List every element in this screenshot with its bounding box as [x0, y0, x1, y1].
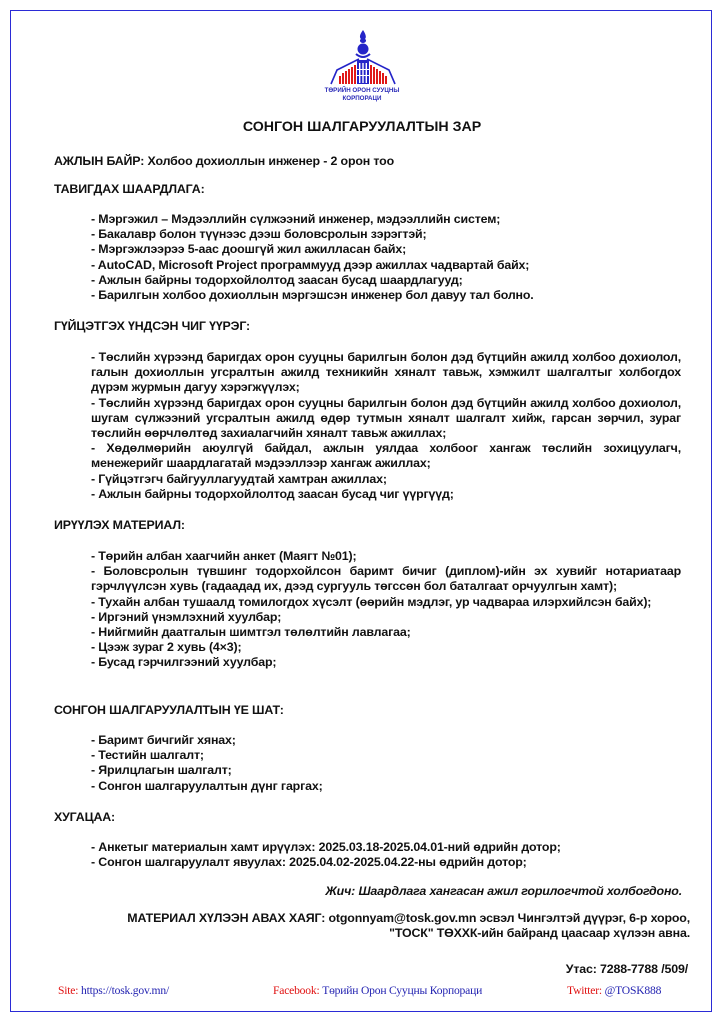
twitter-link[interactable]: @TOSK888: [605, 984, 662, 997]
logo-caption-line1: ТӨРИЙН ОРОН СУУЦНЫ: [300, 87, 424, 95]
list-item: - AutoCAD, Microsoft Project программууд…: [91, 258, 681, 273]
requirements-list: - Мэргэжил – Мэдээллийн сүлжээний инжене…: [91, 212, 681, 303]
list-item: - Цээж зураг 2 хувь (4×3);: [91, 640, 681, 655]
site-label: Site:: [58, 984, 78, 997]
list-item: - Боловсролын түвшинг тодорхойлсон барим…: [91, 564, 681, 594]
requirements-heading: ТАВИГДАХ ШААРДЛАГА:: [54, 182, 205, 197]
list-item: - Сонгон шалгаруулалтын дүнг гаргах;: [91, 779, 681, 794]
logo-caption-line2: КОРПОРАЦИ: [300, 95, 424, 103]
duties-list: - Төслийн хүрээнд баригдах орон сууцны б…: [91, 350, 681, 502]
list-item: - Баримт бичгийг хянах;: [91, 733, 681, 748]
footer-site: Site: https://tosk.gov.mn/: [58, 983, 169, 998]
list-item: - Иргэний үнэмлэхний хуулбар;: [91, 610, 681, 625]
list-item: - Анкетыг материалын хамт ирүүлэх: 2025.…: [91, 840, 681, 855]
list-item: - Ярилцлагын шалгалт;: [91, 763, 681, 778]
facebook-link[interactable]: Төрийн Орон Сууцны Корпораци: [322, 984, 482, 997]
list-item: - Бусад гэрчилгээний хуулбар;: [91, 655, 681, 670]
facebook-label: Facebook:: [273, 984, 320, 997]
job-announcement-document: ТӨРИЙН ОРОН СУУЦНЫ КОРПОРАЦИ СОНГОН ШАЛГ…: [0, 0, 724, 1024]
stages-heading: СОНГОН ШАЛГАРУУЛАЛТЫН ҮЕ ШАТ:: [54, 703, 284, 718]
position-line: АЖЛЫН БАЙР: Холбоо дохиоллын инженер - 2…: [54, 154, 394, 169]
list-item: - Тестийн шалгалт;: [91, 748, 681, 763]
tosk-logo-icon: [325, 28, 401, 88]
list-item: - Төслийн хүрээнд баригдах орон сууцны б…: [91, 350, 681, 396]
list-item: - Төрийн албан хаагчийн анкет (Маягт №01…: [91, 549, 681, 564]
duties-heading: ГҮЙЦЭТГЭХ ҮНДСЭН ЧИГ ҮҮРЭГ:: [54, 319, 250, 334]
site-link[interactable]: https://tosk.gov.mn/: [81, 984, 169, 997]
list-item: - Гүйцэтгэгч байгууллагуудтай хамтран аж…: [91, 472, 681, 487]
list-item: - Мэргэжлээрээ 5-аас доошгүй жил ажиллас…: [91, 242, 681, 257]
footer-facebook: Facebook: Төрийн Орон Сууцны Корпораци: [273, 983, 482, 998]
address-line1: МАТЕРИАЛ ХҮЛЭЭН АВАХ ХАЯГ: otgonnyam@tos…: [60, 911, 690, 926]
list-item: - Барилгын холбоо дохиоллын мэргэшсэн ин…: [91, 288, 681, 303]
list-item: - Төслийн хүрээнд баригдах орон сууцны б…: [91, 396, 681, 442]
materials-list: - Төрийн албан хаагчийн анкет (Маягт №01…: [91, 549, 681, 671]
twitter-label: Twitter:: [567, 984, 602, 997]
list-item: - Ажлын байрны тодорхойлолтод заасан бус…: [91, 487, 681, 502]
deadline-heading: ХУГАЦАА:: [54, 810, 115, 825]
materials-heading: ИРҮҮЛЭХ МАТЕРИАЛ:: [54, 518, 185, 533]
list-item: - Тухайн албан тушаалд томилогдох хүсэлт…: [91, 595, 681, 610]
list-item: - Мэргэжил – Мэдээллийн сүлжээний инжене…: [91, 212, 681, 227]
list-item: - Бакалавр болон түүнээс дээш боловсролы…: [91, 227, 681, 242]
list-item: - Нийгмийн даатгалын шимтгэл төлөлтийн л…: [91, 625, 681, 640]
footer-twitter: Twitter: @TOSK888: [567, 983, 661, 998]
list-item: - Сонгон шалгаруулалт явуулах: 2025.04.0…: [91, 855, 681, 870]
page-title: СОНГОН ШАЛГАРУУЛАЛТЫН ЗАР: [0, 120, 724, 135]
position-label: АЖЛЫН БАЙР:: [54, 154, 144, 168]
deadline-list: - Анкетыг материалын хамт ирүүлэх: 2025.…: [91, 840, 681, 870]
note-text: Жич: Шаардлага хангасан ажил горилогчтой…: [325, 884, 682, 899]
phone-text: Утас: 7288-7788 /509/: [566, 962, 688, 977]
stages-list: - Баримт бичгийг хянах; - Тестийн шалгал…: [91, 733, 681, 794]
position-value: Холбоо дохиоллын инженер - 2 орон тоо: [148, 154, 394, 168]
address-line2: "ТОСК" ТӨХХК-ийн байранд цаасаар хүлээн …: [60, 926, 690, 941]
list-item: - Ажлын байрны тодорхойлолтод заасан бус…: [91, 273, 681, 288]
logo-caption: ТӨРИЙН ОРОН СУУЦНЫ КОРПОРАЦИ: [300, 87, 424, 102]
address-block: МАТЕРИАЛ ХҮЛЭЭН АВАХ ХАЯГ: otgonnyam@tos…: [60, 911, 690, 941]
list-item: - Хөдөлмөрийн аюулгүй байдал, ажлын уялд…: [91, 441, 681, 471]
